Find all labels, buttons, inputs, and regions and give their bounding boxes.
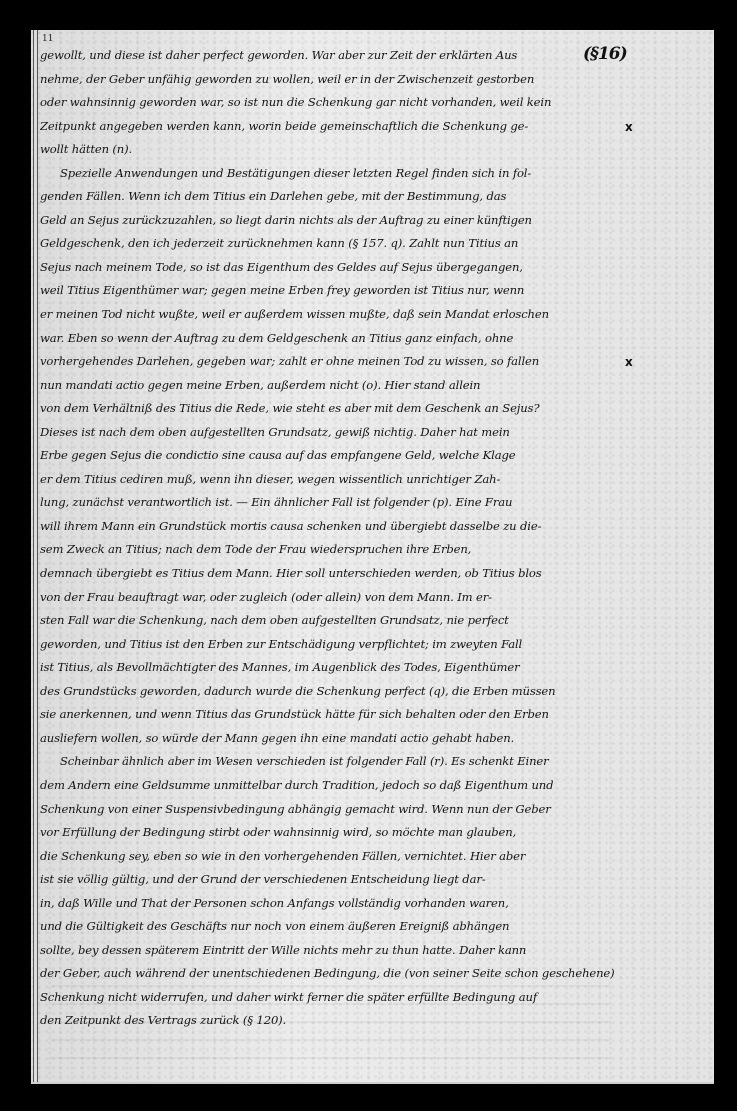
text-line: oder wahnsinnig geworden war, so ist nun…	[40, 91, 615, 115]
text-line: die Schenkung sey, eben so wie in den vo…	[40, 845, 615, 869]
text-line: von dem Verhältniß des Titius die Rede, …	[40, 397, 615, 421]
text-line: ist sie völlig gültig, und der Grund der…	[40, 868, 615, 892]
text-line: vorhergehendes Darlehen, gegeben war; za…	[40, 350, 615, 374]
text-line: ausliefern wollen, so würde der Mann geg…	[40, 727, 615, 751]
text-line: er dem Titius cediren muß, wenn ihn dies…	[40, 468, 615, 492]
text-line: war. Eben so wenn der Auftrag zu dem Gel…	[40, 327, 615, 351]
text-line: dem Andern eine Geldsumme unmittelbar du…	[40, 774, 615, 798]
text-line: geworden, und Titius ist den Erben zur E…	[40, 633, 615, 657]
text-line: Geld an Sejus zurückzuzahlen, so liegt d…	[40, 209, 615, 233]
margin-rule	[37, 30, 38, 1082]
text-line: des Grundstücks geworden, dadurch wurde …	[40, 680, 615, 704]
bleed-through-text	[51, 985, 611, 1075]
text-line: wollt hätten (n).	[40, 138, 615, 162]
text-line: lung, zunächst verantwortlich ist. — Ein…	[40, 491, 615, 515]
text-line: genden Fällen. Wenn ich dem Titius ein D…	[40, 185, 615, 209]
line-marker: 11	[42, 34, 53, 44]
text-line: ist Titius, als Bevollmächtigter des Man…	[40, 656, 615, 680]
manuscript-page: 11 (§16) x x gewollt, und diese ist dahe…	[31, 30, 714, 1084]
text-line: Scheinbar ähnlich aber im Wesen verschie…	[40, 750, 615, 774]
margin-mark: x	[625, 355, 633, 369]
text-line: sem Zweck an Titius; nach dem Tode der F…	[40, 538, 615, 562]
text-line: Spezielle Anwendungen und Bestätigungen …	[40, 162, 615, 186]
text-line: Schenkung von einer Suspensivbedingung a…	[40, 798, 615, 822]
text-line: will ihrem Mann ein Grundstück mortis ca…	[40, 515, 615, 539]
text-line: Sejus nach meinem Tode, so ist das Eigen…	[40, 256, 615, 280]
text-line: nun mandati actio gegen meine Erben, auß…	[40, 374, 615, 398]
text-line: demnach übergiebt es Titius dem Mann. Hi…	[40, 562, 615, 586]
text-line: Geldgeschenk, den ich jederzeit zurückne…	[40, 232, 615, 256]
text-line: sollte, bey dessen späterem Eintritt der…	[40, 939, 615, 963]
text-line: der Geber, auch während der unentschiede…	[40, 962, 615, 986]
text-line: vor Erfüllung der Bedingung stirbt oder …	[40, 821, 615, 845]
text-line: nehme, der Geber unfähig geworden zu wol…	[40, 68, 615, 92]
margin-rule	[33, 30, 34, 1082]
margin-mark: x	[625, 120, 633, 134]
text-line: sten Fall war die Schenkung, nach dem ob…	[40, 609, 615, 633]
text-line: von der Frau beauftragt war, oder zuglei…	[40, 586, 615, 610]
text-line: er meinen Tod nicht wußte, weil er außer…	[40, 303, 615, 327]
text-line: sie anerkennen, und wenn Titius das Grun…	[40, 703, 615, 727]
text-line: Erbe gegen Sejus die condictio sine caus…	[40, 444, 615, 468]
text-line: gewollt, und diese ist daher perfect gew…	[40, 44, 615, 68]
text-line: und die Gültigkeit des Geschäfts nur noc…	[40, 915, 615, 939]
text-line: Zeitpunkt angegeben werden kann, worin b…	[40, 115, 615, 139]
text-line: weil Titius Eigenthümer war; gegen meine…	[40, 279, 615, 303]
text-line: Dieses ist nach dem oben aufgestellten G…	[40, 421, 615, 445]
text-line: in, daß Wille und That der Personen scho…	[40, 892, 615, 916]
manuscript-text: gewollt, und diese ist daher perfect gew…	[40, 44, 615, 1033]
